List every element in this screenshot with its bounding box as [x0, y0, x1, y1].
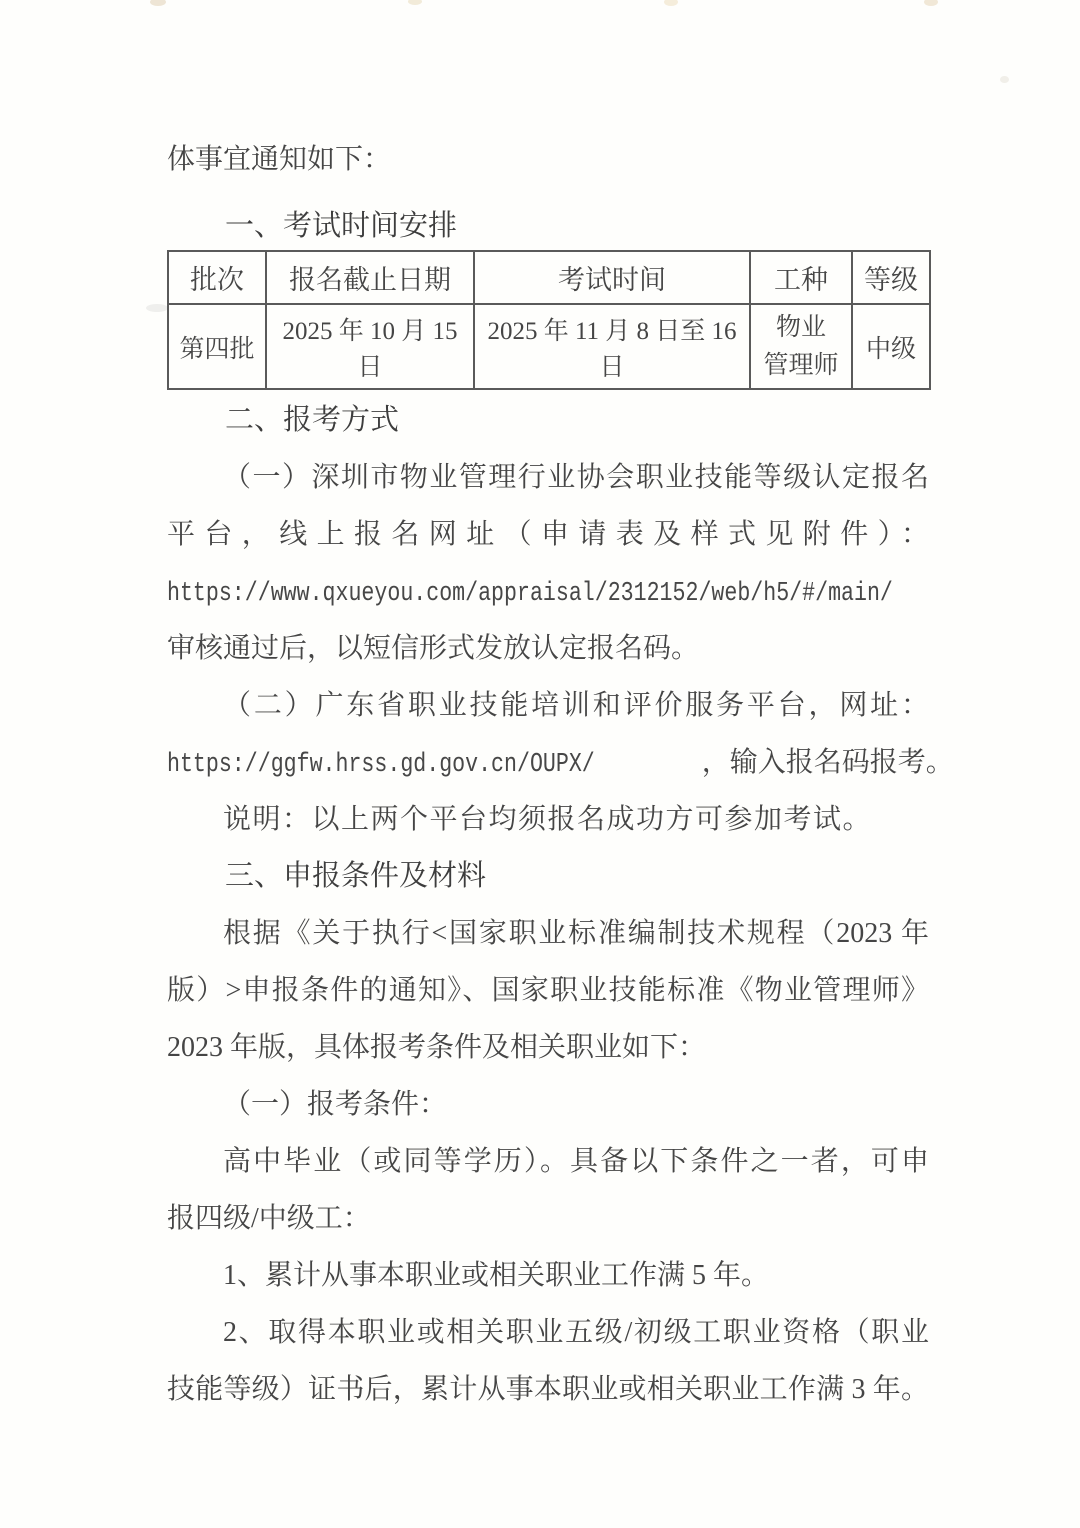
- intro-line: 体事宜通知如下：: [167, 138, 929, 182]
- s3-paragraph1-line2: 版）>申报条件的通知》、国家职业技能标准《物业管理师》: [167, 962, 929, 1019]
- s3-paragraph1-line1: 根据《关于执行<国家职业标准编制技术规程（2023 年: [167, 905, 929, 962]
- scan-artifact: [408, 0, 422, 5]
- section1-heading: 一、考试时间安排: [167, 204, 929, 248]
- s3-paragraph1-line3: 2023 年版，具体报考条件及相关职业如下：: [167, 1019, 929, 1076]
- cell-level: 中级: [852, 304, 930, 389]
- ggfw-platform-url: https://ggfw.hrss.gd.gov.cn/OUPX/: [167, 737, 595, 794]
- cell-trade: 物业 管理师: [750, 304, 852, 389]
- col-header-exam-time: 考试时间: [474, 251, 750, 304]
- s3-subheading-conditions: （一）报考条件：: [167, 1076, 929, 1133]
- scanned-notice-page: 体事宜通知如下： 一、考试时间安排 批次 报名截止日期 考试时间 工种 等级: [0, 0, 1080, 1528]
- table-header-row: 批次 报名截止日期 考试时间 工种 等级: [168, 251, 930, 304]
- col-header-deadline: 报名截止日期: [266, 251, 474, 304]
- body-text: 二、报考方式 （一）深圳市物业管理行业协会职业技能等级认定报名 平台，线上报名网…: [167, 392, 929, 1418]
- exam-schedule-table: 批次 报名截止日期 考试时间 工种 等级 第四批 2025 年 10 月 15 …: [167, 250, 931, 390]
- s2-url-line1: https://www.qxueyou.com/appraisal/231215…: [167, 563, 929, 620]
- s3-condition-item1: 1、累计从事本职业或相关职业工作满 5 年。: [167, 1247, 929, 1304]
- s2-url-line2: https://ggfw.hrss.gd.gov.cn/OUPX/，输入报名码报…: [167, 734, 929, 791]
- cell-deadline: 2025 年 10 月 15 日: [266, 304, 474, 389]
- scan-artifact: [924, 0, 938, 6]
- s3-paragraph3-line1: 高中毕业（或同等学历）。具备以下条件之一者，可申: [167, 1133, 929, 1190]
- s3-condition-item2-line1: 2、取得本职业或相关职业五级/初级工职业资格（职业: [167, 1304, 929, 1361]
- s2-paragraph2-line1: （二）广东省职业技能培训和评价服务平台，网址：: [167, 677, 929, 734]
- col-header-trade: 工种: [750, 251, 852, 304]
- s2-note-line: 说明：以上两个平台均须报名成功方可参加考试。: [167, 791, 929, 848]
- s2-paragraph1-line4: 审核通过后，以短信形式发放认定报名码。: [167, 620, 929, 677]
- s2-paragraph1-line2: 平台，线上报名网址（申请表及样式见附件）：: [167, 506, 929, 563]
- s3-condition-item2-line2: 技能等级）证书后，累计从事本职业或相关职业工作满 3 年。: [167, 1361, 929, 1418]
- scan-artifact: [150, 0, 166, 6]
- section3-heading: 三、申报条件及材料: [167, 848, 929, 905]
- col-header-level: 等级: [852, 251, 930, 304]
- col-header-batch: 批次: [168, 251, 266, 304]
- url2-trailing-text: ，输入报名码报考。: [702, 747, 954, 778]
- section2-heading: 二、报考方式: [167, 392, 929, 449]
- cell-trade-line1: 物业: [751, 309, 851, 347]
- cell-trade-line2: 管理师: [751, 347, 851, 385]
- s2-paragraph1-line1: （一）深圳市物业管理行业协会职业技能等级认定报名: [167, 449, 929, 506]
- scan-artifact: [664, 0, 678, 6]
- qxueyou-registration-url: https://www.qxueyou.com/appraisal/231215…: [167, 566, 893, 623]
- table-row: 第四批 2025 年 10 月 15 日 2025 年 11 月 8 日至 16…: [168, 304, 930, 389]
- cell-exam-time: 2025 年 11 月 8 日至 16 日: [474, 304, 750, 389]
- s3-paragraph3-line2: 报四级/中级工：: [167, 1190, 929, 1247]
- cell-batch: 第四批: [168, 304, 266, 389]
- scan-artifact: [146, 304, 168, 312]
- document-body: 体事宜通知如下： 一、考试时间安排 批次 报名截止日期 考试时间 工种 等级: [167, 138, 929, 1418]
- scan-artifact: [1000, 76, 1009, 83]
